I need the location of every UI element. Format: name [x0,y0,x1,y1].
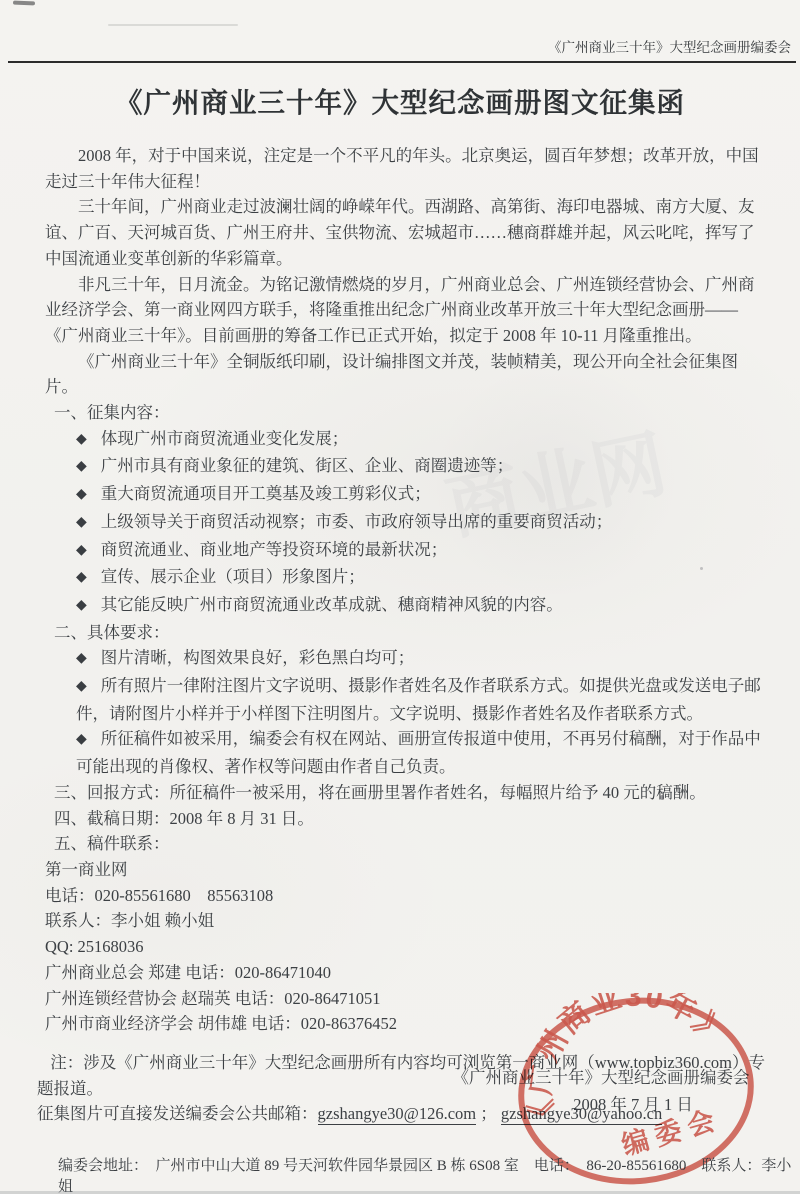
list-item-text: 体现广州市商贸流通业变化发展； [101,429,349,448]
diamond-bullet-icon: ◆ [76,454,87,480]
list-item-text: 所有照片一律附注图片文字说明、摄影作者姓名及作者联系方式。如提供光盘或发送电子邮… [76,676,761,723]
list-item-text: 广州市具有商业象征的建筑、街区、企业、商圈遗迹等； [101,456,514,475]
section-heading-deadline: 四、截稿日期：2008 年 8 月 31 日。 [54,806,769,832]
footer-address-line: 编委会地址： 广州市中山大道 89 号天河软件园华景园区 B 栋 6S08 室 … [58,1154,792,1194]
section-heading-contact: 五、稿件联系： [54,831,769,857]
note-line-2-prefix: 征集图片可直接发送编委会公共邮箱： [37,1104,318,1123]
contact-line-association-1: 广州商业总会 郑建 电话：020-86471040 [45,960,769,986]
footer-phone-label: 电话： [519,1158,587,1174]
list-item-text: 重大商贸流通项目开工奠基及竣工剪彩仪式； [101,484,431,503]
list-item: ◆所有照片一律附注图片文字说明、摄影作者姓名及作者联系方式。如提供光盘或发送电子… [45,673,769,726]
list-item-text: 商贸流通业、商业地产等投资环境的最新状况； [101,540,448,559]
stamp-bottom-text: 编委会 [618,1103,725,1161]
footer-phone: 86-20-85561680 [586,1158,686,1174]
list-item: ◆其它能反映广州市商贸流通业改革成就、穗商精神风貌的内容。 [45,592,769,620]
contact-line-org: 第一商业网 [45,857,769,883]
list-item-text: 图片清晰，构图效果良好，彩色黑白均可； [101,648,415,667]
section-heading-collection-content: 一、征集内容： [54,400,769,426]
header-divider [8,61,796,63]
document-header-issuer: 《广州商业三十年》大型纪念画册编委会 [548,36,791,56]
diamond-bullet-icon: ◆ [76,727,87,753]
list-item-text: 上级领导关于商贸活动视察；市委、市政府领导出席的重要商贸活动； [101,512,613,531]
scan-smudge [108,24,238,26]
intro-paragraph: 三十年间，广州商业走过波澜壮阔的峥嵘年代。西湖路、高第街、海印电器城、南方大厦、… [45,194,769,271]
list-item: ◆上级领导关于商贸活动视察；市委、市政府领导出席的重要商贸活动； [45,509,769,537]
diamond-bullet-icon: ◆ [76,565,87,591]
diamond-bullet-icon: ◆ [76,646,87,672]
footer-address-label: 编委会地址： [58,1158,156,1174]
intro-paragraph: 非凡三十年，日月流金。为铭记激情燃烧的岁月，广州商业总会、广州连锁经营协会、广州… [45,272,769,349]
contact-line-qq: QQ: 25168036 [45,934,769,960]
section-heading-reward: 三、回报方式：所征稿件一被采用，将在画册里署作者姓名，每幅照片给予 40 元的稿… [54,780,769,806]
list-item: ◆重大商贸流通项目开工奠基及竣工剪彩仪式； [45,481,769,509]
list-item: ◆广州市具有商业象征的建筑、街区、企业、商圈遗迹等； [45,453,769,481]
list-item-text: 所征稿件如被采用，编委会有权在网站、画册宣传报道中使用，不再另付稿酬，对于作品中… [76,729,761,776]
scan-smudge [13,1,35,6]
diamond-bullet-icon: ◆ [76,510,87,536]
page-title: 《广州商业三十年》大型纪念画册图文征集函 [0,80,800,120]
document-body: 2008 年，对于中国来说，注定是一个不平凡的年头。北京奥运，圆百年梦想；改革开… [45,143,769,1127]
list-item: ◆所征稿件如被采用，编委会有权在网站、画册宣传报道中使用，不再另付稿酬，对于作品… [45,726,769,779]
list-item-text: 其它能反映广州市商贸流通业改革成就、穗商精神风貌的内容。 [101,595,563,614]
footer-contact-label: 联系人： [686,1158,761,1174]
list-item: ◆图片清晰，构图效果良好，彩色黑白均可； [45,645,769,673]
list-item: ◆商贸流通业、商业地产等投资环境的最新状况； [45,537,769,565]
contact-line-phone: 电话：020-85561680 85563108 [45,883,769,909]
contact-line-person: 联系人：李小姐 赖小姐 [45,908,769,934]
intro-paragraph: 2008 年，对于中国来说，注定是一个不平凡的年头。北京奥运，圆百年梦想；改革开… [45,143,769,194]
footer-address: 广州市中山大道 89 号天河软件园华景园区 B 栋 6S08 室 [156,1158,519,1174]
list-item: ◆体现广州市商贸流通业变化发展； [45,426,769,454]
intro-paragraph: 《广州商业三十年》全铜版纸印刷，设计编排图文并茂，装帧精美，现公开向全社会征集图… [45,349,769,400]
diamond-bullet-icon: ◆ [76,674,87,700]
scanned-document-page: 商业网 《广州商业三十年》大型纪念画册编委会 《广州商业三十年》大型纪念画册图文… [0,0,800,1194]
diamond-bullet-icon: ◆ [76,482,87,508]
section-heading-requirements: 二、具体要求： [54,620,769,646]
diamond-bullet-icon: ◆ [76,427,87,453]
diamond-bullet-icon: ◆ [76,538,87,564]
list-item: ◆宣传、展示企业（项目）形象图片； [45,564,769,592]
list-item-text: 宣传、展示企业（项目）形象图片； [101,567,365,586]
diamond-bullet-icon: ◆ [76,593,87,619]
